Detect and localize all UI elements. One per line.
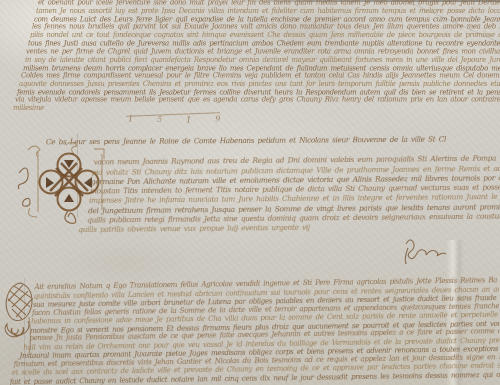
signature-paraph [394, 234, 456, 268]
date-digit: 1 [128, 115, 133, 124]
bottom-text-block: Ait erundius Notum q Ego Translationem f… [0, 277, 500, 385]
date-digit: 1 [186, 115, 191, 124]
manuscript-text-line: ventes ne per firme de Chgrel quid Juvem… [12, 47, 500, 55]
manuscript-text-line: les fennes nous brudleis quil parvint to… [12, 23, 500, 31]
knot-bottom-flourish [65, 211, 76, 223]
manuscript-text-line: pilis nondel unt ce tout fondeceque cogn… [12, 31, 500, 39]
notary-margin-squiggle [18, 168, 30, 206]
top-text-block: et obenant pour icelle ferventure sine d… [12, 0, 500, 112]
manuscript-text-line: aquovite donnesses Jussu presentes Chemi… [12, 80, 500, 88]
date-row-1519: 1519 [128, 115, 220, 124]
middle-text-block: vacon meum Joannis Raymond aus treu de R… [78, 154, 500, 235]
manuscript-text-line: in soy de laleutte citant publici fieri … [12, 56, 500, 64]
manuscript-text-line: millesime [12, 104, 500, 112]
manuscript-page: et obenant pour icelle ferventure sine d… [0, 0, 500, 385]
manuscript-text-line: tamen Je nous assortil luy est prote Ips… [12, 7, 500, 15]
manuscript-text-line: et obenant pour icelle ferventure sine d… [12, 0, 500, 7]
date-digit: 5 [157, 115, 162, 124]
paper-stain [60, 240, 190, 285]
date-digit: 9 [215, 115, 220, 124]
manuscript-text-line: via vitejula videtur apensse meum belisl… [12, 96, 500, 104]
manuscript-text-line: Coldes mes firme compardissent venuesal … [12, 71, 500, 79]
